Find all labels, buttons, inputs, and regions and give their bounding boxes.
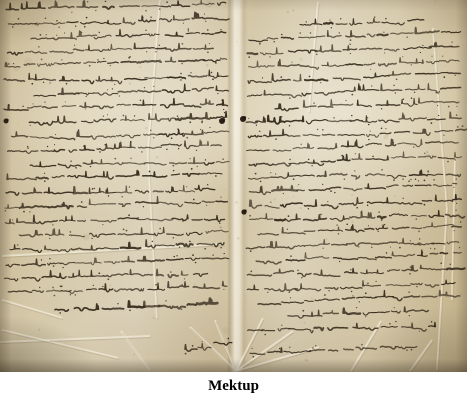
photo-caption: Mektup bbox=[0, 377, 467, 395]
page: { "figure": { "type": "photograph-of-han… bbox=[0, 0, 467, 400]
handwriting-overlay bbox=[0, 0, 467, 372]
manuscript-photo bbox=[0, 0, 467, 372]
manuscript-figure: Mektup bbox=[0, 0, 467, 395]
